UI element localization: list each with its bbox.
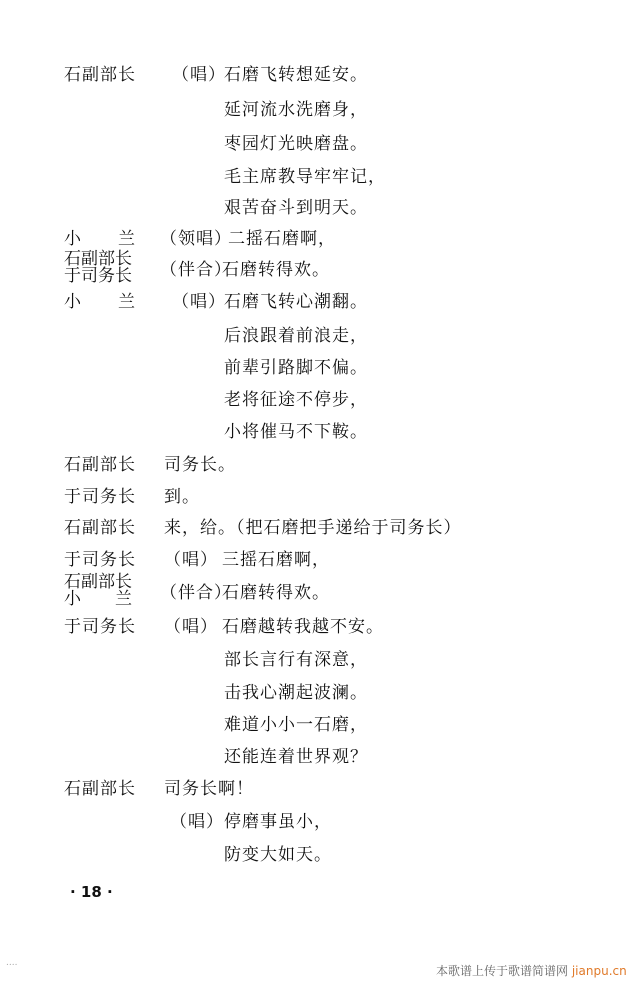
lyric-line: 三摇石磨啊， [222,550,330,570]
lyric-line: 小将催马不下鞍。 [224,422,368,442]
dialogue-line: 司务长啊！ [164,779,254,799]
lyric-line: 击我心潮起波澜。 [224,683,368,703]
lyric-line: 停磨事虽小， [224,812,332,832]
speaker-label: 石副部长 [64,519,136,537]
lyric-line: 二摇石磨啊， [228,229,336,249]
lyric-line: 防变大如天。 [224,845,332,865]
dialogue-line: 司务长。 [164,455,236,475]
stage-cue: （唱） [164,617,218,637]
lyric-line: 难道小小一石磨， [224,715,368,735]
corner-dots: .... [6,958,17,968]
lyric-line: 石磨转得欢。 [222,583,330,603]
speaker-label: 小 兰 [64,591,132,608]
watermark-text: 本歌谱上传于歌谱简谱网 [436,964,568,978]
stage-cue: （领唱） [160,229,232,249]
stage-cue: （唱） [172,65,226,85]
lyric-line: 石磨飞转心潮翻。 [224,292,368,312]
lyric-line: 石磨转得欢。 [222,260,330,280]
lyric-line: 延河流水洗磨身， [224,100,368,120]
stage-cue: （唱） [164,550,218,570]
speaker-label: 于司务长 [64,551,136,569]
lyric-line: 还能连着世界观？ [224,747,368,767]
watermark-site: jianpu.cn [572,964,627,978]
lyric-line: 石磨飞转想延安。 [224,65,368,85]
dialogue-line: 来，给。（把石磨把手递给于司务长） [164,518,462,538]
page-number: · 18 · [70,883,113,901]
speaker-label: 于司务长 [64,488,136,506]
speaker-label: 于司务长 [64,618,136,636]
stage-cue: （唱） [172,292,226,312]
lyric-line: 前辈引路脚不偏。 [224,358,368,378]
speaker-label: 于司务长 [64,268,132,285]
lyric-line: 老将征途不停步， [224,390,368,410]
speaker-label: 小 兰 [64,230,136,248]
speaker-label: 石副部长 [64,66,136,84]
speaker-label: 石副部长 [64,780,136,798]
lyric-line: 石磨越转我越不安。 [222,617,384,637]
stage-cue: （唱） [170,812,224,832]
lyric-line: 后浪跟着前浪走， [224,326,368,346]
speaker-label: 石副部长 [64,456,136,474]
speaker-label: 小 兰 [64,293,136,311]
watermark: 本歌谱上传于歌谱简谱网 jianpu.cn [436,962,627,979]
lyric-line: 枣园灯光映磨盘。 [224,134,368,154]
lyric-line: 艰苦奋斗到明天。 [224,198,368,218]
dialogue-line: 到。 [164,487,200,507]
lyric-line: 部长言行有深意， [224,650,368,670]
lyric-line: 毛主席教导牢牢记， [224,167,386,187]
